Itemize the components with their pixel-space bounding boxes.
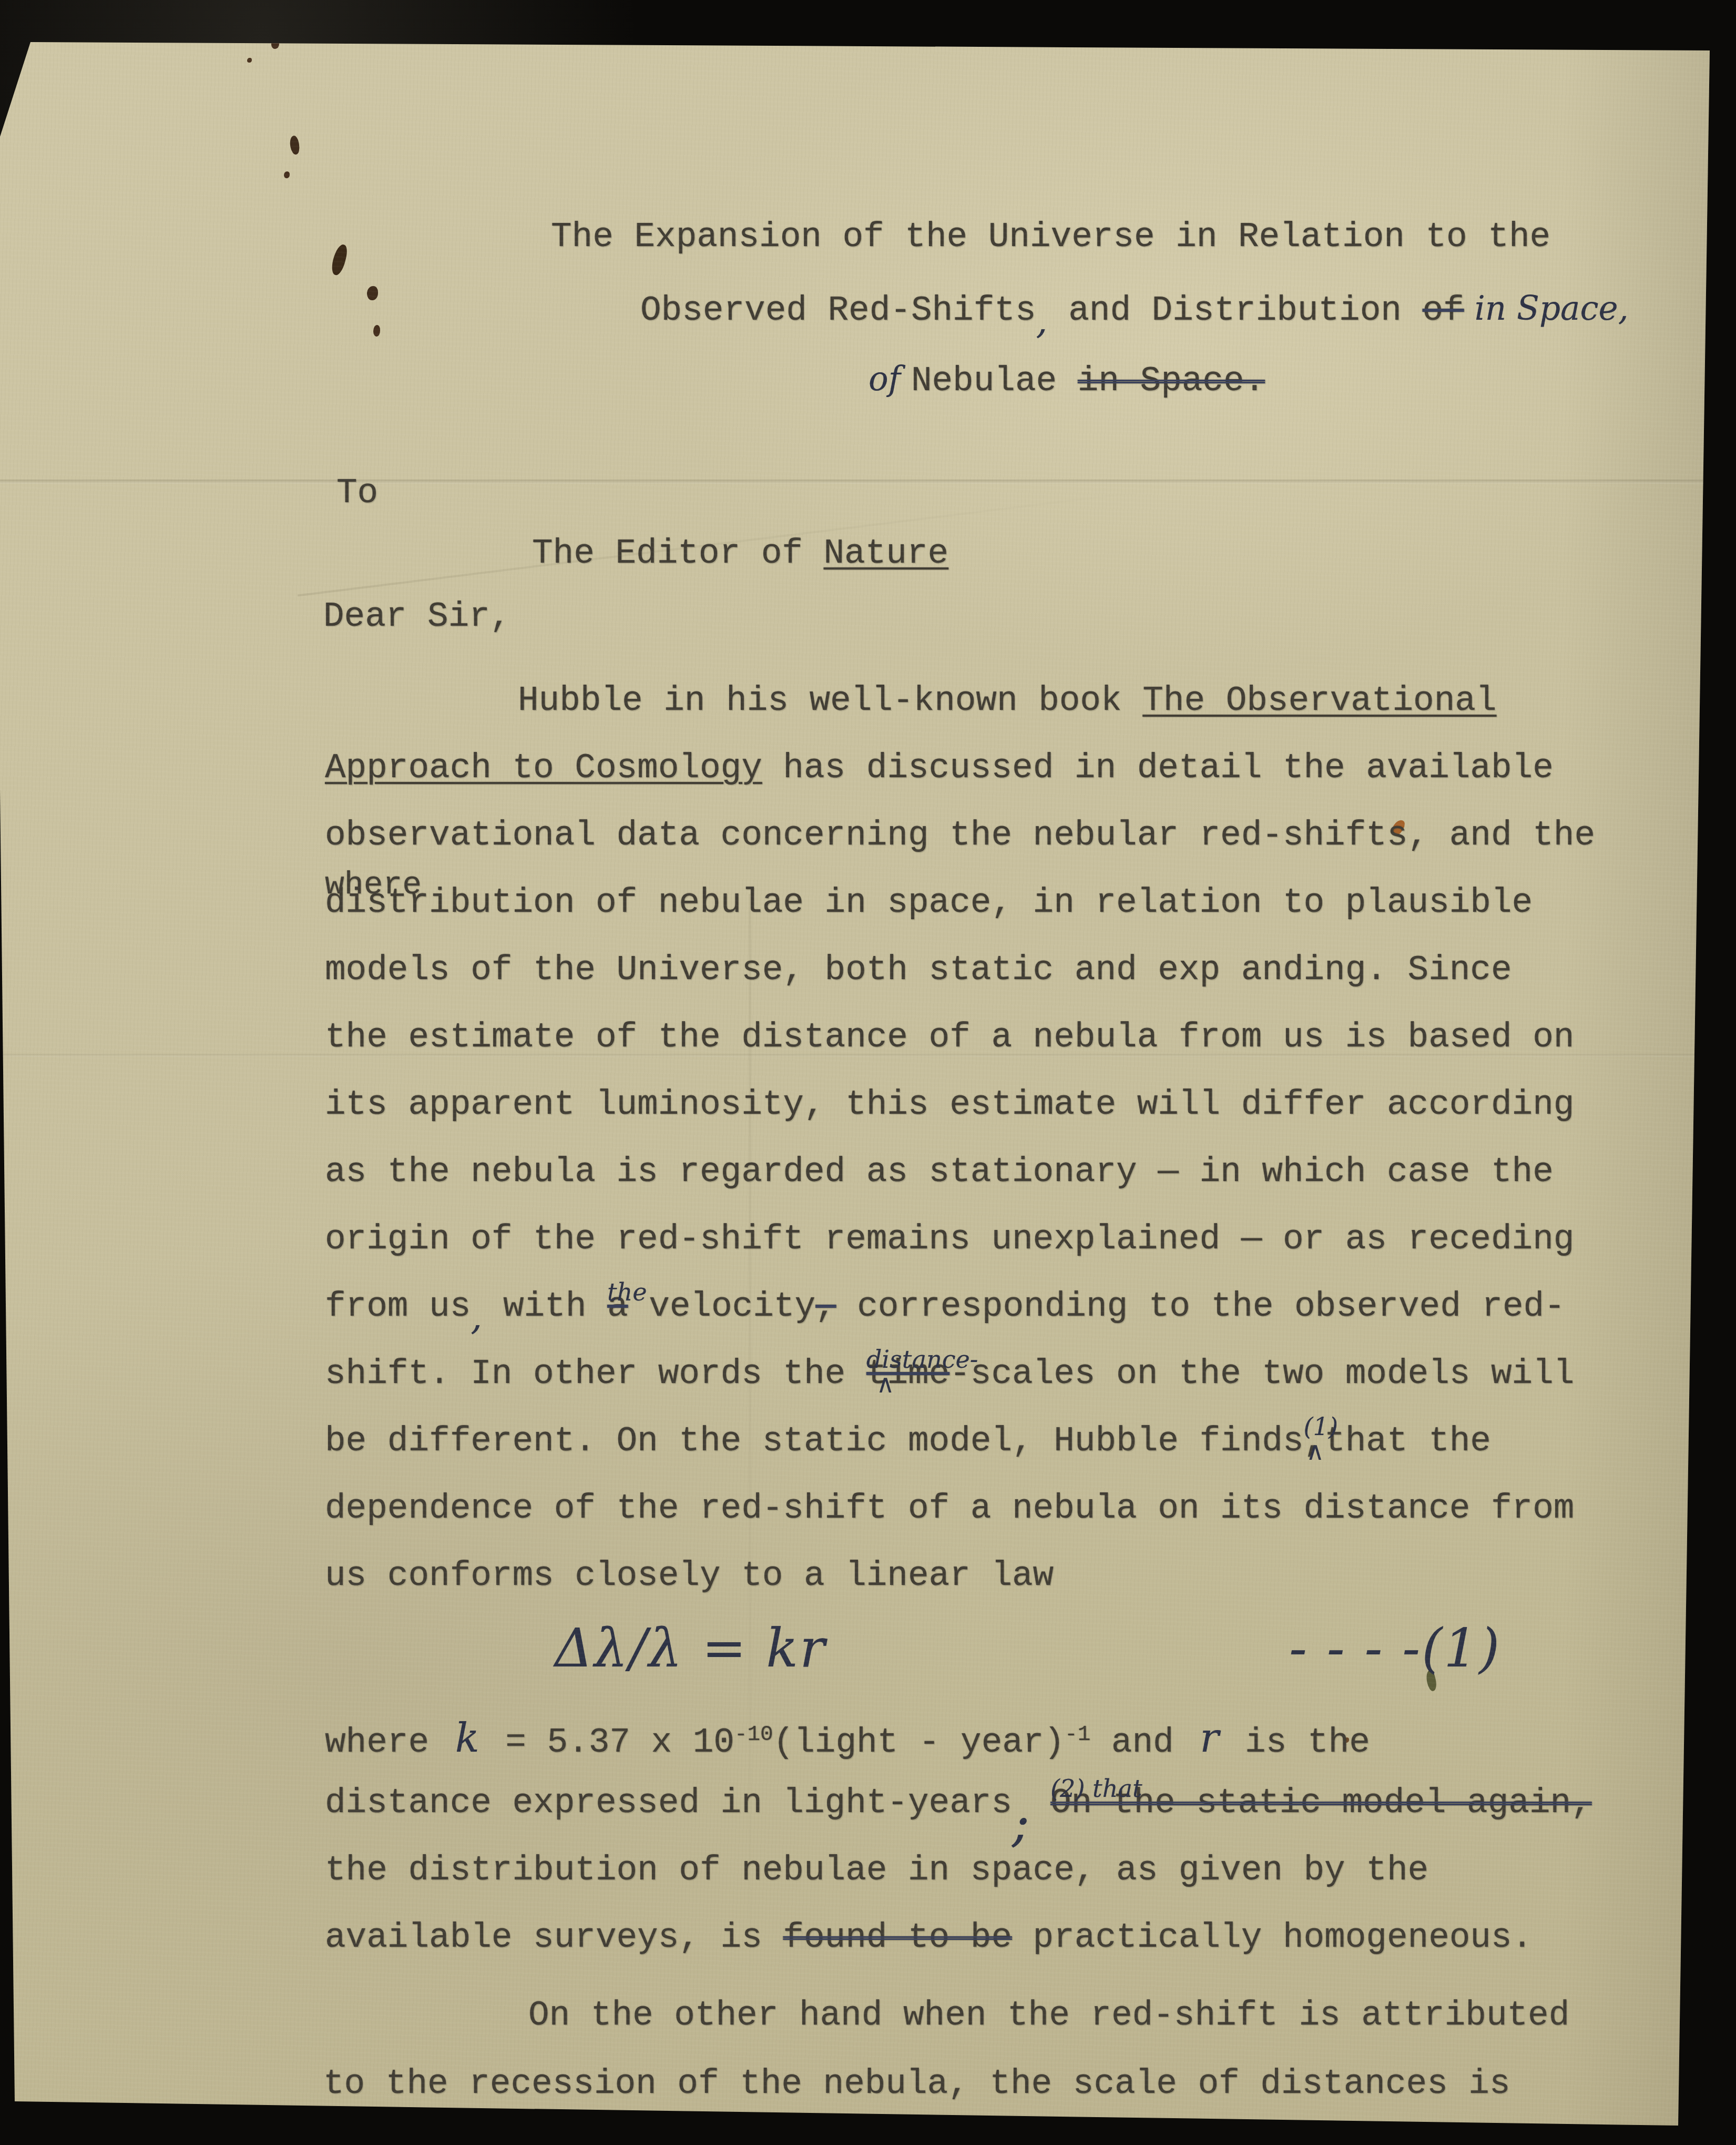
typed-text: corresponding to the observed red- <box>836 1287 1565 1326</box>
body-line: On the other hand when the red-shift is … <box>528 1998 1569 2033</box>
typed-text: -scales on the two models will <box>949 1354 1574 1394</box>
letter-paper: The Expansion of the Universe in Relatio… <box>0 0 1736 2145</box>
body-line: be different. On the static model, Hubbl… <box>325 1424 1491 1459</box>
typed-text: found to be <box>783 1918 1012 1957</box>
typed-text: as the nebula is regarded as stationary … <box>325 1152 1554 1192</box>
body-line: us conforms closely to a linear law <box>325 1559 1054 1593</box>
handwritten-text: (1) <box>1304 1415 1338 1439</box>
typed-text: the distribution of nebulae in space, as… <box>325 1851 1428 1890</box>
caret-mark: ∧ <box>876 1372 895 1397</box>
typed-text: and Distribution <box>1048 291 1423 330</box>
typed-text: that the <box>1324 1421 1491 1461</box>
body-line: from us, with athe velocity, correspondi… <box>325 1289 1565 1336</box>
handwritten-text: distance- <box>866 1347 978 1371</box>
typed-text: Nebulae <box>911 361 1078 401</box>
handwritten-text: in Space, <box>1464 289 1629 328</box>
typed-text: is the <box>1224 1723 1370 1762</box>
typed-text: distance expressed in light-years <box>325 1783 1012 1823</box>
typed-text: -10 <box>734 1723 773 1747</box>
caret-mark: ∧ <box>1306 1439 1324 1465</box>
typed-text: velocity <box>628 1287 815 1326</box>
typed-text: The Expansion of the Universe in Relatio… <box>551 217 1550 257</box>
typed-text: The Observational <box>1142 681 1496 720</box>
body-line: origin of the red-shift remains unexplai… <box>325 1222 1574 1257</box>
typed-text: from us <box>325 1287 471 1326</box>
typed-text: Dear Sir, <box>323 597 510 636</box>
typed-text: us conforms closely to a linear law <box>325 1556 1054 1595</box>
body-line: its apparent luminosity, this estimate w… <box>325 1087 1574 1122</box>
inline-correction: athe <box>607 1289 628 1324</box>
typed-text: available surveys, is <box>325 1918 783 1957</box>
handwritten-text: k <box>450 1715 485 1761</box>
typed-text: On the other hand when the red-shift is … <box>528 1996 1569 2035</box>
handwritten-text: (2) that <box>1050 1776 1142 1801</box>
typed-text: has discussed in detail the available <box>762 748 1554 788</box>
typed-text: -1 <box>1065 1723 1090 1747</box>
body-line: shift. In other words the timedistance-∧… <box>325 1357 1574 1391</box>
typed-text: of nebulae in space, in relation to plau… <box>575 883 1533 922</box>
body-line: to the recession of the nebula, the scal… <box>323 2067 1510 2101</box>
typed-text: practically homogeneous. <box>1012 1918 1533 1957</box>
typed-text: of <box>1422 291 1464 330</box>
inline-correction: distributionwhere <box>325 886 575 920</box>
handwritten-text: r <box>1194 1715 1224 1761</box>
typed-text: observational data concerning the nebula… <box>325 816 1595 855</box>
typed-text: its apparent luminosity, this estimate w… <box>325 1085 1574 1124</box>
salutation: Dear Sir, <box>323 599 510 634</box>
handwritten-text: of <box>869 360 911 398</box>
body-line: available surveys, is found to be practi… <box>325 1920 1533 1955</box>
typed-text: The Editor of <box>532 534 824 573</box>
inline-correction: timedistance-∧ <box>866 1357 949 1391</box>
body-line: Hubble in his well-known book The Observ… <box>518 684 1497 718</box>
body-line: as the nebula is regarded as stationary … <box>325 1155 1554 1190</box>
handwritten-text: , <box>471 1296 482 1338</box>
recipient-to: To <box>336 476 378 511</box>
typed-text: Nature <box>824 534 949 573</box>
recipient-editor: The Editor of Nature <box>532 536 948 571</box>
typed-text: shift. In other words the <box>325 1354 866 1394</box>
typed-text: Hubble in his well-known book <box>518 681 1142 720</box>
body-line: dependence of the red-shift of a nebula … <box>325 1491 1574 1526</box>
body-line: distributionwhere of nebulae in space, i… <box>325 886 1533 920</box>
handwritten-text: the <box>607 1280 647 1304</box>
typed-text: dependence of the red-shift of a nebula … <box>325 1489 1574 1528</box>
body-line: Approach to Cosmology has discussed in d… <box>325 751 1554 786</box>
typed-text: models of the Universe, both static and … <box>325 950 1512 990</box>
typed-text: where <box>325 869 422 901</box>
inline-correction: On the static model again,(2) that <box>1050 1786 1592 1821</box>
typed-text: To <box>336 473 378 513</box>
title-line-2: Observed Red-Shifts, and Distribution of… <box>640 292 1629 340</box>
title-line-1: The Expansion of the Universe in Relatio… <box>551 220 1550 255</box>
typed-text: origin of the red-shift remains unexplai… <box>325 1219 1574 1259</box>
body-line: distance expressed in light-years; On th… <box>325 1786 1592 1849</box>
typed-text: = 5.37 x 10 <box>485 1723 734 1762</box>
typed-text: to the recession of the nebula, the scal… <box>323 2064 1510 2103</box>
body-line: the distribution of nebulae in space, as… <box>325 1853 1428 1888</box>
typed-text: be different. On the static model, Hubbl… <box>325 1421 1304 1461</box>
typed-text: the estimate of the distance of a nebula… <box>325 1018 1574 1057</box>
handwritten-text: Δλ/λ = kr <box>555 1618 826 1679</box>
handwritten-text: - - - -(1) <box>1289 1618 1501 1679</box>
body-line: where k = 5.37 x 10-10(light - year)-1 a… <box>325 1719 1370 1760</box>
inline-correction: , (1)∧ <box>1304 1424 1325 1459</box>
typed-text: and <box>1090 1723 1194 1762</box>
typed-text: (light - year) <box>773 1723 1065 1762</box>
typed-text: Approach to Cosmology <box>325 748 762 788</box>
body-line: observational data concerning the nebula… <box>325 818 1595 853</box>
body-line: models of the Universe, both static and … <box>325 953 1512 988</box>
handwritten-text: ; <box>1012 1793 1029 1853</box>
typed-text: , <box>815 1287 836 1326</box>
body-line: the estimate of the distance of a nebula… <box>325 1020 1574 1055</box>
handwritten-text: , <box>1036 300 1048 342</box>
typed-text: Observed Red-Shifts <box>640 291 1036 330</box>
letter-text: The Expansion of the Universe in Relatio… <box>0 0 1736 2145</box>
title-line-3: of Nebulae in Space. <box>869 363 1265 399</box>
typed-text: in Space. <box>1078 361 1265 401</box>
equation-line: Δλ/λ = kr- - - -(1) <box>555 1622 1501 1675</box>
typed-text: with <box>482 1287 607 1326</box>
typed-text <box>1029 1783 1050 1823</box>
typed-text: where <box>325 1723 450 1762</box>
